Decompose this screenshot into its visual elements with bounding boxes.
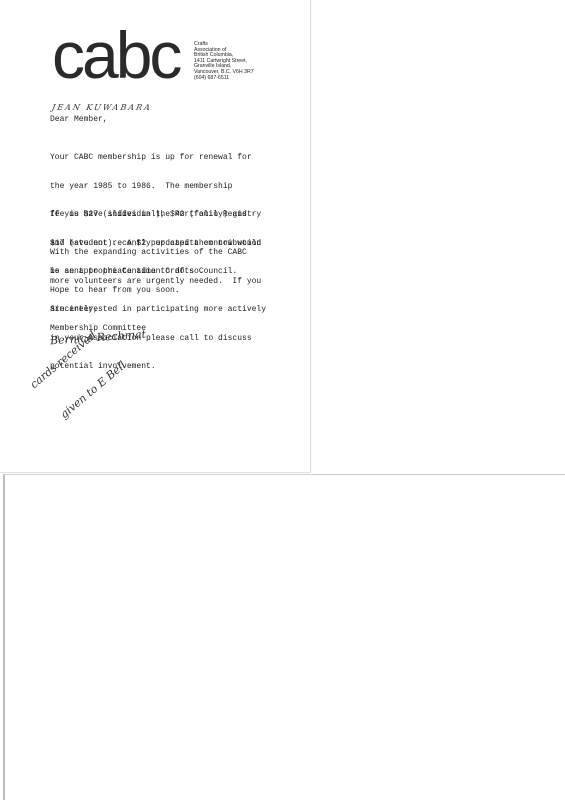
- letter-page: cabc Crafts Association of British Colum…: [0, 0, 311, 473]
- paragraph-closing-note: Hope to hear from you soon.: [50, 286, 180, 296]
- letterhead-address: Crafts Association of British Columbia, …: [194, 42, 254, 81]
- salutation: Dear Member,: [50, 115, 108, 125]
- closing: Sincerely,: [50, 305, 98, 315]
- recipient-handwritten: JEAN KUWABARA: [51, 103, 152, 112]
- cabc-logo: cabc: [52, 22, 179, 88]
- blank-page: [3, 474, 565, 800]
